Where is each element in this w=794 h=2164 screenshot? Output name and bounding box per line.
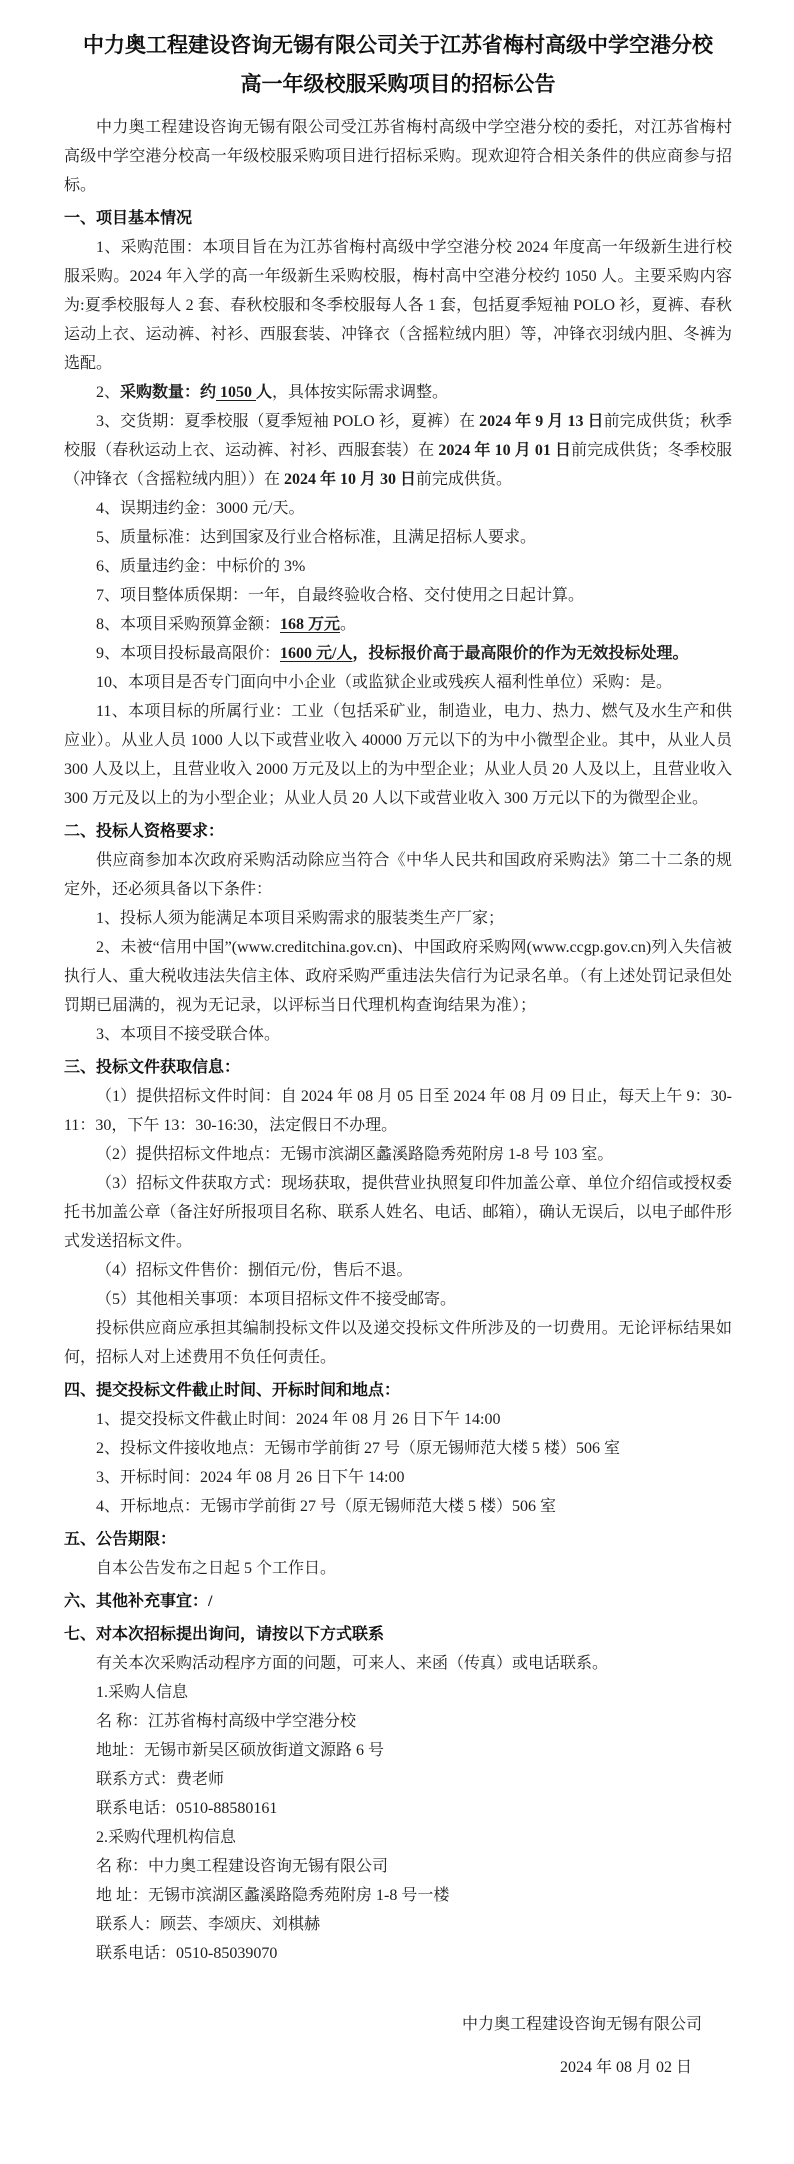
doc-price: （4）招标文件售价：捌佰元/份，售后不退。 — [64, 1256, 732, 1285]
budget-period: 。 — [340, 616, 356, 633]
budget-label: 8、本项目采购预算金额： — [96, 616, 280, 633]
quality-standard: 5、质量标准：达到国家及行业合格标准，且满足招标人要求。 — [64, 523, 732, 552]
purchaser-address: 地址：无锡市新吴区硕放街道文源路 6 号 — [64, 1736, 732, 1765]
max-price-limit: 9、本项目投标最高限价：1600 元/人，投标报价高于最高限价的作为无效投标处理… — [64, 639, 732, 668]
agency-info-title: 2.采购代理机构信息 — [64, 1823, 732, 1852]
warranty-period: 7、项目整体质保期：一年，自最终验收合格、交付使用之日起计算。 — [64, 581, 732, 610]
doc-provide-time: （1）提供招标文件时间：自 2024 年 08 月 05 日至 2024 年 0… — [64, 1082, 732, 1140]
receive-location: 2、投标文件接收地点：无锡市学前街 27 号（原无锡师范大楼 5 楼）506 室 — [64, 1434, 732, 1463]
purchase-quantity-note: ，具体按实际需求调整。 — [272, 384, 448, 401]
doc-provide-location: （2）提供招标文件地点：无锡市滨湖区蠡溪路隐秀苑附房 1-8 号 103 室。 — [64, 1140, 732, 1169]
agency-address: 地 址：无锡市滨湖区蠡溪路隐秀苑附房 1-8 号一楼 — [64, 1881, 732, 1910]
cost-disclaimer: 投标供应商应承担其编制投标文件以及递交投标文件所涉及的一切费用。无论评标结果如何… — [64, 1314, 732, 1372]
document-title: 中力奥工程建设咨询无锡有限公司关于江苏省梅村高级中学空港分校高一年级校服采购项目… — [74, 26, 722, 104]
delivery-schedule: 3、交货期：夏季校服（夏季短袖 POLO 衫，夏裤）在 2024 年 9 月 1… — [64, 407, 732, 494]
opening-time: 3、开标时间：2024 年 08 月 26 日下午 14:00 — [64, 1463, 732, 1492]
budget-value: 168 万元 — [280, 616, 340, 633]
purchaser-name: 名 称：江苏省梅村高级中学空港分校 — [64, 1707, 732, 1736]
qualification-intro: 供应商参加本次政府采购活动除应当符合《中华人民共和国政府采购法》第二十二条的规定… — [64, 846, 732, 904]
contact-intro: 有关本次采购活动程序方面的问题，可来人、来函（传真）或电话联系。 — [64, 1649, 732, 1678]
section-5-heading: 五、公告期限： — [64, 1525, 732, 1554]
max-price-label: 9、本项目投标最高限价： — [96, 645, 280, 662]
footer-company: 中力奥工程建设咨询无锡有限公司 — [64, 2010, 702, 2039]
doc-acquisition-method: （3）招标文件获取方式：现场获取，提供营业执照复印件加盖公章、单位介绍信或授权委… — [64, 1169, 732, 1256]
signature-block: 中力奥工程建设咨询无锡有限公司 2024 年 08 月 02 日 — [64, 2010, 732, 2082]
purchase-quantity-prefix: 2、 — [96, 384, 120, 401]
late-penalty: 4、误期违约金：3000 元/天。 — [64, 494, 732, 523]
purchase-quantity-label: 采购数量：约 — [120, 384, 216, 401]
section-7-heading: 七、对本次招标提出询问，请按以下方式联系 — [64, 1620, 732, 1649]
purchase-quantity-value: 1050 — [216, 384, 256, 401]
section-6-heading: 六、其他补充事宜：/ — [64, 1587, 732, 1616]
agency-contacts: 联系人：顾芸、李颂庆、刘棋赫 — [64, 1910, 732, 1939]
intro-paragraph: 中力奥工程建设咨询无锡有限公司受江苏省梅村高级中学空港分校的委托，对江苏省梅村高… — [64, 113, 732, 200]
purchaser-phone: 联系电话：0510-88580161 — [64, 1794, 732, 1823]
industry-classification: 11、本项目标的所属行业：工业（包括采矿业，制造业，电力、热力、燃气及水生产和供… — [64, 697, 732, 813]
delivery-date-autumn: 2024 年 10 月 01 日 — [438, 442, 571, 459]
delivery-date-summer: 2024 年 9 月 13 日 — [479, 413, 603, 430]
doc-other-matters: （5）其他相关事项：本项目招标文件不接受邮寄。 — [64, 1285, 732, 1314]
opening-location: 4、开标地点：无锡市学前街 27 号（原无锡师范大楼 5 楼）506 室 — [64, 1492, 732, 1521]
purchase-scope: 1、采购范围：本项目旨在为江苏省梅村高级中学空港分校 2024 年度高一年级新生… — [64, 233, 732, 378]
section-3-heading: 三、投标文件获取信息： — [64, 1053, 732, 1082]
section-1-heading: 一、项目基本情况 — [64, 204, 732, 233]
announcement-period: 自本公告发布之日起 5 个工作日。 — [64, 1554, 732, 1583]
qualification-3: 3、本项目不接受联合体。 — [64, 1020, 732, 1049]
purchase-quantity-unit: 人 — [256, 384, 272, 401]
qualification-2: 2、未被“信用中国”(www.creditchina.gov.cn)、中国政府采… — [64, 933, 732, 1020]
agency-name: 名 称：中力奥工程建设咨询无锡有限公司 — [64, 1852, 732, 1881]
tender-announcement-document: 中力奥工程建设咨询无锡有限公司关于江苏省梅村高级中学空港分校高一年级校服采购项目… — [0, 0, 794, 2164]
submission-deadline: 1、提交投标文件截止时间：2024 年 08 月 26 日下午 14:00 — [64, 1405, 732, 1434]
max-price-warning: ，投标报价高于最高限价的作为无效投标处理。 — [352, 645, 688, 662]
purchase-quantity: 2、采购数量：约 1050 人，具体按实际需求调整。 — [64, 378, 732, 407]
delivery-date-winter: 2024 年 10 月 30 日 — [284, 471, 416, 488]
qualification-1: 1、投标人须为能满足本项目采购需求的服装类生产厂家； — [64, 904, 732, 933]
budget-amount: 8、本项目采购预算金额：168 万元。 — [64, 610, 732, 639]
purchaser-contact: 联系方式：费老师 — [64, 1765, 732, 1794]
sme-targeted: 10、本项目是否专门面向中小企业（或监狱企业或残疾人福利性单位）采购：是。 — [64, 668, 732, 697]
quality-penalty: 6、质量违约金：中标价的 3% — [64, 552, 732, 581]
section-2-heading: 二、投标人资格要求： — [64, 817, 732, 846]
max-price-value: 1600 元/人 — [280, 645, 352, 662]
delivery-part-1: 3、交货期：夏季校服（夏季短袖 POLO 衫，夏裤）在 — [96, 413, 479, 430]
section-4-heading: 四、提交投标文件截止时间、开标时间和地点： — [64, 1376, 732, 1405]
footer-date: 2024 年 08 月 02 日 — [64, 2053, 702, 2082]
purchaser-info-title: 1.采购人信息 — [64, 1678, 732, 1707]
agency-phone: 联系电话：0510-85039070 — [64, 1939, 732, 1968]
delivery-part-4: 前完成供货。 — [416, 471, 512, 488]
